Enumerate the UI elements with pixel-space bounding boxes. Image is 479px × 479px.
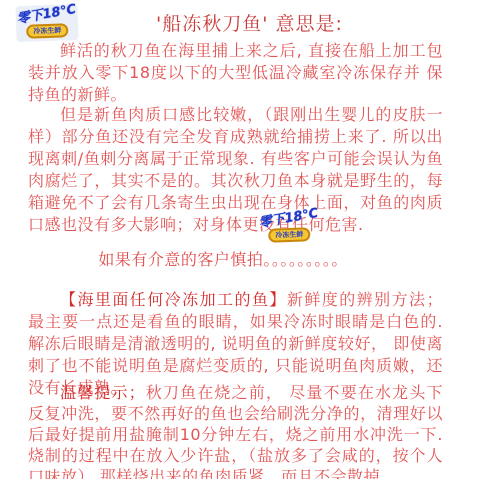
product-description-page: 零下18℃ 冷冻生鲜 '船冻秋刀鱼' 意思是: 鲜活的秋刀鱼在海里捕上来之后, … <box>0 0 479 479</box>
brand-logo-watermark: 零下18℃ 冷冻生鲜 <box>257 210 320 243</box>
page-title: '船冻秋刀鱼' 意思是: <box>60 12 439 36</box>
paragraph-cooking-tips: 温馨提示；秋刀鱼在烧之前， 尽量不要在水龙头下反复冲洗，要不然再好的鱼也会给刷洗… <box>28 382 443 479</box>
tips-lead: 温馨提示； <box>60 383 145 402</box>
logo-badge: 冷冻生鲜 <box>268 227 310 242</box>
paragraph-ship-frozen: 鲜活的秋刀鱼在海里捕上来之后, 直接在船上加工包装并放入零下18度以下的大型低温… <box>28 40 443 106</box>
paragraph-buyer-caution: 如果有介意的客户慎拍。。。。。。。。。 <box>28 249 443 271</box>
paragraph-fish-quality: 但是新鱼肉质口感比较嫩，（跟刚出生婴儿的皮肤一样）部分鱼还没有完全发育成熟就给捕… <box>28 104 443 236</box>
freshness-heading: 【海里面任何冷冻加工的鱼】 <box>60 290 287 309</box>
